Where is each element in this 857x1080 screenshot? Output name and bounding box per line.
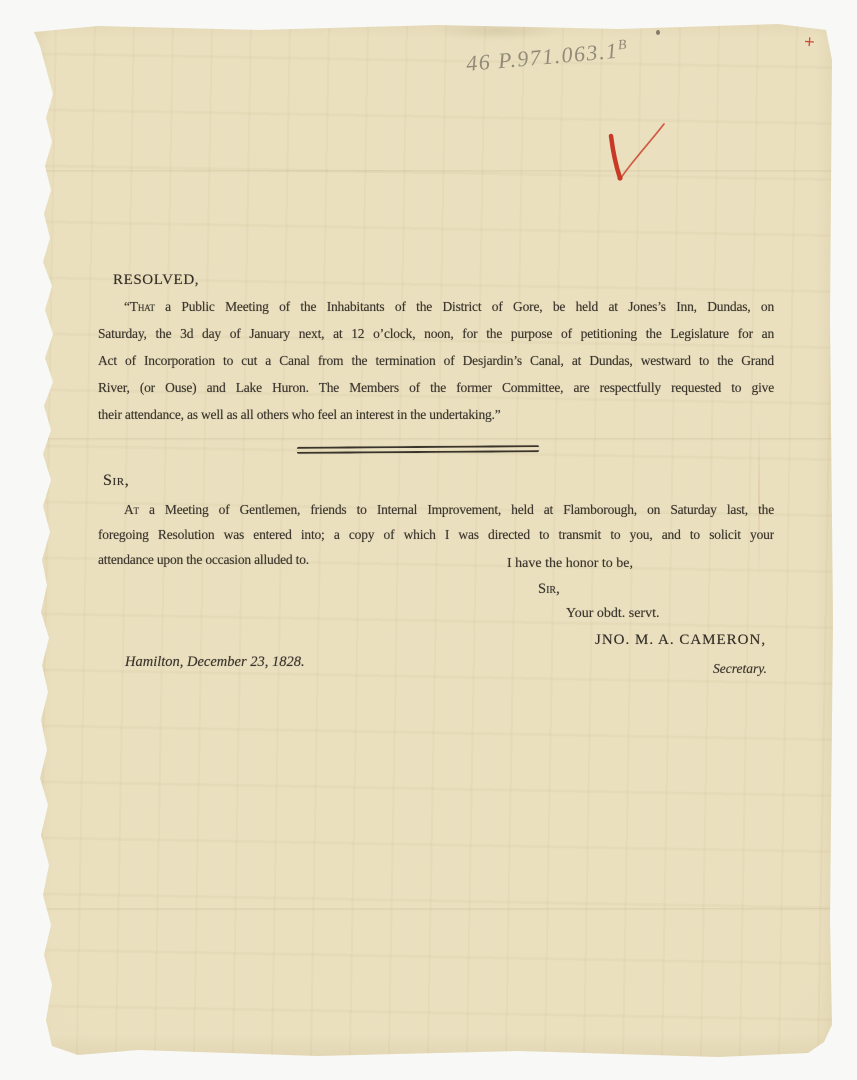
closing-line-2: Sir, — [538, 581, 560, 598]
resolution-line-5: their attendance, as well as all others … — [98, 401, 774, 428]
bottom-left-stain — [34, 1016, 47, 1029]
fold-crease — [18, 908, 838, 911]
lead-word: At — [124, 502, 139, 517]
salutation: Sir, — [103, 472, 129, 490]
line-text: a Public Meeting of the Inhabitants of t… — [155, 299, 774, 314]
letter-paragraph: At a Meeting of Gentlemen, friends to In… — [98, 497, 774, 572]
dateline: Hamilton, December 23, 1828. — [125, 654, 305, 671]
resolution-line-2: Saturday, the 3d day of January next, at… — [98, 320, 774, 347]
resolution-line-1: “That a Public Meeting of the Inhabitant… — [98, 293, 774, 320]
letter-line-2: foregoing Resolution was entered into; a… — [98, 522, 774, 547]
resolution-line-4: River, (or Ouse) and Lake Huron. The Mem… — [98, 374, 774, 401]
double-rule-divider — [297, 445, 539, 454]
left-edge-stain — [18, 260, 48, 480]
line-text: a Meeting of Gentlemen, friends to Inter… — [139, 502, 774, 517]
resolved-heading: RESOLVED, — [113, 272, 199, 289]
fold-crease — [18, 438, 838, 441]
resolution-paragraph: “That a Public Meeting of the Inhabitant… — [98, 293, 774, 428]
scanned-document: 46 P.971.063.1B + RESOLVED, “That a Publ… — [0, 0, 857, 1080]
closing-line-3: Your obdt. servt. — [566, 606, 659, 622]
lead-word: That — [130, 299, 155, 314]
ink-speck — [656, 30, 660, 35]
catalog-suffix: B — [617, 38, 627, 54]
letter-line-1: At a Meeting of Gentlemen, friends to In… — [98, 497, 774, 522]
closing-line-1: I have the honor to be, — [507, 556, 633, 572]
pencil-catalog-annotation: 46 P.971.063.1B — [465, 37, 628, 77]
fold-crease — [18, 170, 838, 173]
red-checkmark-icon — [598, 116, 676, 196]
signature: JNO. M. A. CAMERON, — [595, 632, 766, 649]
catalog-number: 46 P.971.063.1 — [465, 38, 619, 76]
document-page: 46 P.971.063.1B + RESOLVED, “That a Publ… — [18, 20, 838, 1060]
resolution-line-3: Act of Incorporation to cut a Canal from… — [98, 347, 774, 374]
mid-left-stain — [26, 778, 35, 789]
red-plus-mark: + — [803, 32, 815, 55]
letter-line-3: attendance upon the occasion alluded to. — [98, 547, 774, 572]
top-smudge — [418, 20, 578, 42]
signature-title: Secretary. — [713, 661, 767, 677]
